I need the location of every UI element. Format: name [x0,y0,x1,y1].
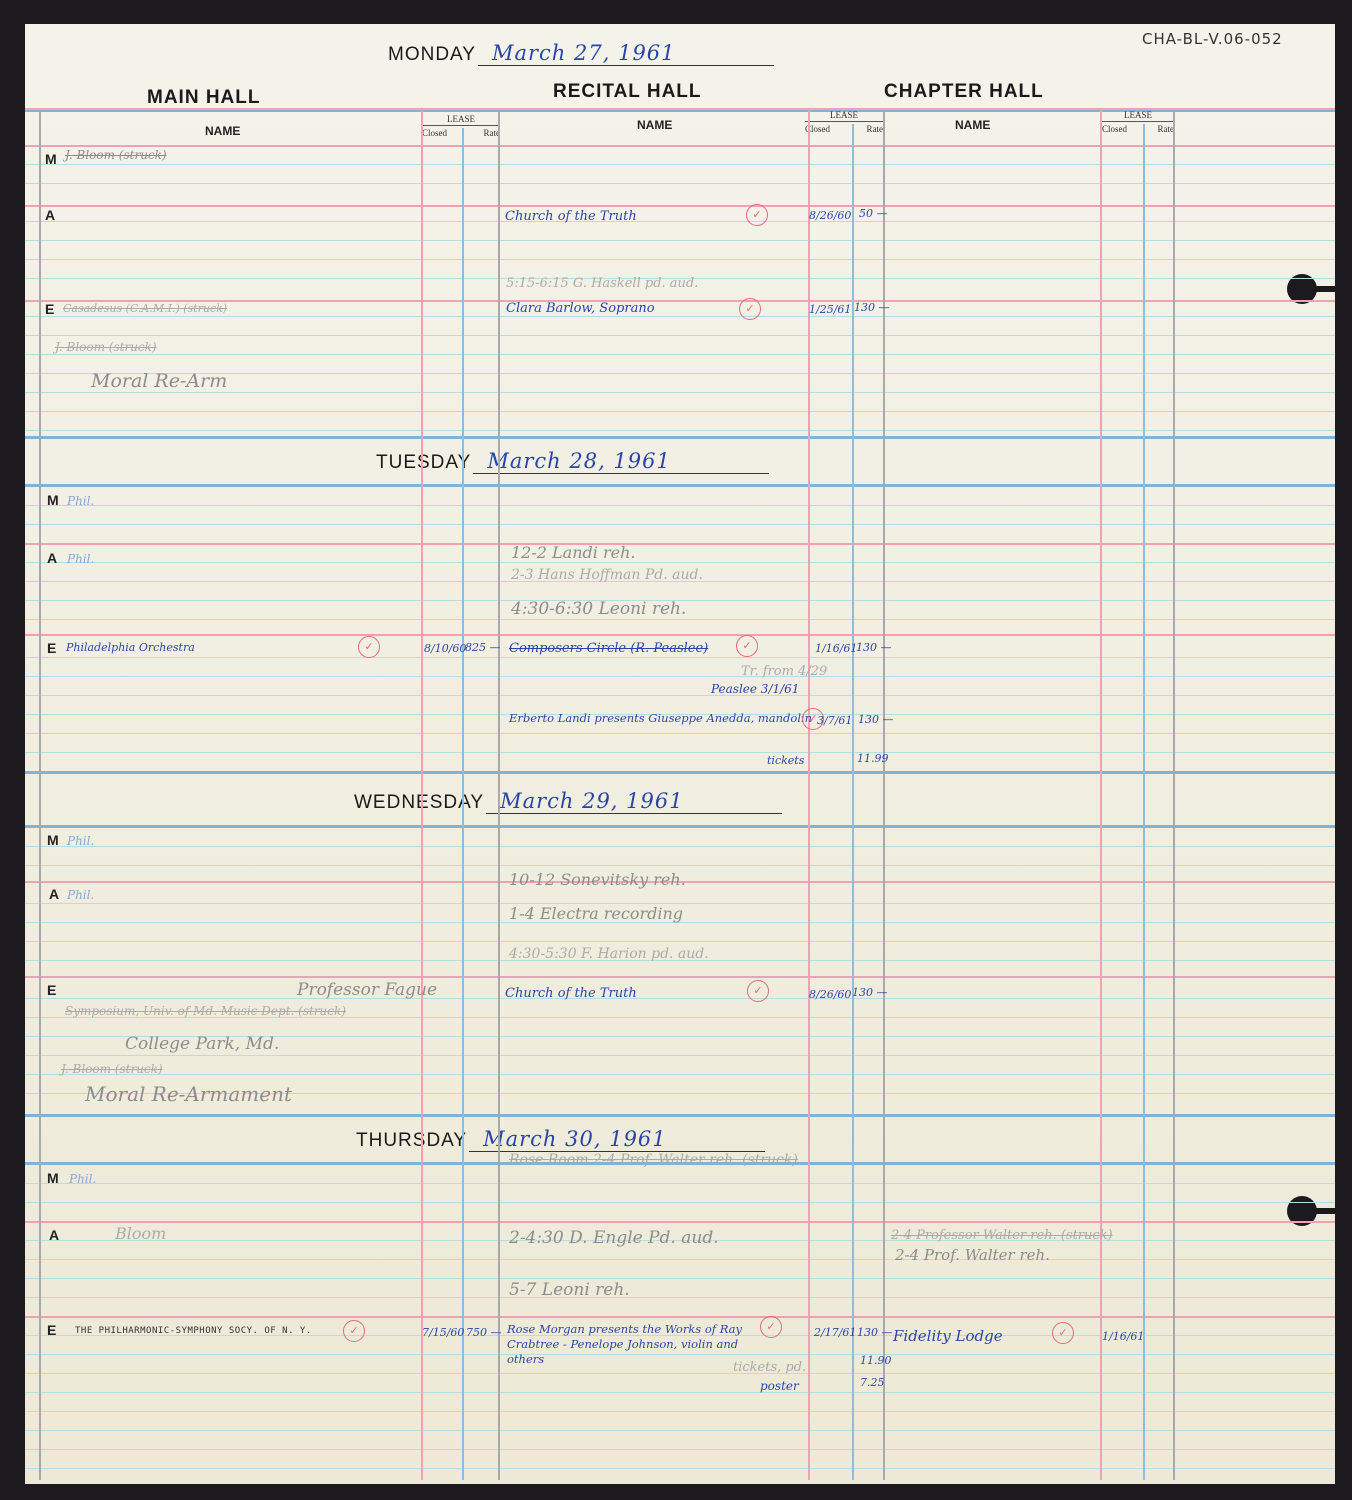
recital-a-note-2: 5-7 Leoni reh. [509,1280,630,1300]
recital-name-header: NAME [637,118,672,132]
recital-a-rate: 50 — [859,207,888,220]
slot-label-m: M [47,1170,59,1186]
recital-a-closed: 8/26/60 [809,209,851,222]
main-e-closed: 8/10/60 [424,642,466,655]
day-date: March 28, 1961 [487,449,671,473]
main-a-entry: Phil. [67,888,94,902]
slot-label-e: E [47,982,56,998]
main-e-entry-2: Symposium, Univ. of Md. Music Dept. (str… [65,1004,346,1018]
recital-e2-rate: 130 — [858,713,894,726]
recital-a-note-3: 4:30-6:30 Leoni reh. [511,599,686,619]
recital-e-closed: 1/16/61 [815,642,857,655]
recital-a-note-1: 10-12 Sonevitsky reh. [509,870,686,889]
confirmed-check-icon: ✓ [760,1316,782,1338]
main-e-rate: 750 — [466,1326,502,1339]
slot-label-a: A [45,207,55,223]
recital-e2-closed: 3/7/61 [817,714,852,727]
chapter-e-name: Fidelity Lodge [893,1327,1003,1345]
main-e-entry-5: Moral Re-Armament [85,1082,292,1106]
day-date: March 29, 1961 [500,789,684,813]
main-hall-title: MAIN HALL [147,87,260,109]
recital-e-rate: 130 — [852,986,888,999]
main-a-entry: Phil. [67,552,94,566]
recital-e-rate: 130 — [857,1326,893,1339]
recital-e-poster-amount: 7.25 [860,1376,885,1389]
recital-e-closed: 1/25/61 [809,303,851,316]
main-m-entry: Phil. [69,1172,96,1186]
recital-e2-name: Erberto Landi presents Giuseppe Anedda, … [509,711,812,725]
recital-a-name: Church of the Truth [505,209,637,224]
slot-label-e: E [47,1322,56,1338]
chapter-lease-header: LEASE ClosedRate [1102,110,1174,134]
slot-label-a: A [47,550,57,566]
above-note: Rose Room 2-4 Prof. Walter reh. (struck) [509,1152,798,1168]
recital-e-name: Rose Morgan presents the Works of Ray Cr… [507,1322,757,1367]
recital-e-rate: 130 — [854,301,890,314]
recital-a-note-2: 1-4 Electra recording [509,904,683,923]
recital-e-rate: 130 — [856,641,892,654]
recital-e-note-2: Peaslee 3/1/61 [711,682,799,696]
day-label: MONDAY [388,44,476,66]
main-e-entry-1: Casadesus (C.A.M.I.) (struck) [63,302,227,315]
day-title-thursday: THURSDAY March 30, 1961 [356,1130,765,1152]
recital-a-note-1: 2-4:30 D. Engle Pd. aud. [509,1228,719,1248]
chapter-a-note-2: 2-4 Prof. Walter reh. [895,1246,1050,1264]
main-e-entry-2: J. Bloom (struck) [55,340,157,354]
day-label: TUESDAY [376,452,471,474]
main-e-entry-1: Professor Fague [297,980,437,1000]
chapter-a-note-1: 2-4 Professor Walter reh. (struck) [891,1228,1113,1243]
recital-hall-title: RECITAL HALL [553,81,702,103]
main-m-entry: Phil. [67,834,94,848]
recital-a-note-3: 4:30-5:30 F. Harion pd. aud. [509,946,709,962]
day-label: WEDNESDAY [354,792,484,814]
chapter-hall-title: CHAPTER HALL [884,81,1044,103]
main-e-name: Philadelphia Orchestra [66,641,195,654]
main-name-header: NAME [205,124,240,138]
recital-e2-tickets-amount: 11.99 [857,752,889,765]
slot-label-e: E [45,301,54,317]
recital-a-note-2: 2-3 Hans Hoffman Pd. aud. [511,567,703,583]
slot-label-m: M [45,151,57,167]
main-e-entry-3: Moral Re-Arm [91,370,227,392]
day-date: March 27, 1961 [492,41,676,65]
recital-a-note-1: 12-2 Landi reh. [511,543,635,562]
recital-a-note: 5:15-6:15 G. Haskell pd. aud. [506,276,698,291]
slot-label-m: M [47,492,59,508]
confirmed-check-icon: ✓ [747,980,769,1002]
recital-e-name: Church of the Truth [505,986,637,1001]
archive-id: CHA-BL-V.06-052 [1142,30,1283,48]
slot-label-m: M [47,832,59,848]
recital-e-note-1: Tr. from 4/29 [741,664,827,679]
confirmed-check-icon: ✓ [343,1320,365,1342]
chapter-name-header: NAME [955,118,990,132]
main-e-rate: 825 — [465,641,501,654]
confirmed-check-icon: ✓ [358,636,380,658]
recital-lease-header: LEASE ClosedRate [805,110,883,134]
main-lease-header: LEASE ClosedRate [422,114,500,138]
day-title-monday: MONDAY March 27, 1961 [388,44,774,66]
recital-e-closed: 2/17/61 [814,1326,856,1339]
recital-e-tickets: tickets, pd. [733,1360,806,1375]
main-e-entry-4: J. Bloom (struck) [61,1062,163,1076]
ledger-page: CHA-BL-V.06-052 MAIN HALL RECITAL HALL C… [25,24,1335,1484]
main-e-name: THE PHILHARMONIC-SYMPHONY SOCY. OF N. Y. [75,1326,312,1336]
slot-label-a: A [49,1227,59,1243]
main-m-entry: J. Bloom (struck) [65,148,167,162]
main-m-entry: Phil. [67,494,94,508]
recital-e-name: Clara Barlow, Soprano [506,301,655,316]
main-e-closed: 7/15/60 [422,1326,464,1339]
confirmed-check-icon: ✓ [746,204,768,226]
slot-label-a: A [49,886,59,902]
recital-e-tickets-amount: 11.90 [860,1354,892,1367]
recital-e-closed: 8/26/60 [809,988,851,1001]
confirmed-check-icon: ✓ [739,298,761,320]
chapter-e-closed: 1/16/61 [1102,1330,1144,1343]
day-title-tuesday: TUESDAY March 28, 1961 [376,452,769,474]
day-date: March 30, 1961 [483,1127,667,1151]
main-a-entry: Bloom [115,1224,166,1243]
confirmed-check-icon: ✓ [736,635,758,657]
day-title-wednesday: WEDNESDAY March 29, 1961 [354,792,782,814]
day-label: THURSDAY [356,1130,467,1152]
confirmed-check-icon: ✓ [1052,1322,1074,1344]
recital-e-poster: poster [760,1379,799,1393]
slot-label-e: E [47,640,56,656]
recital-e2-tickets: tickets [767,754,804,767]
recital-e-name: Composers Circle (R. Peaslee) [509,641,708,656]
main-e-entry-3: College Park, Md. [125,1034,279,1054]
